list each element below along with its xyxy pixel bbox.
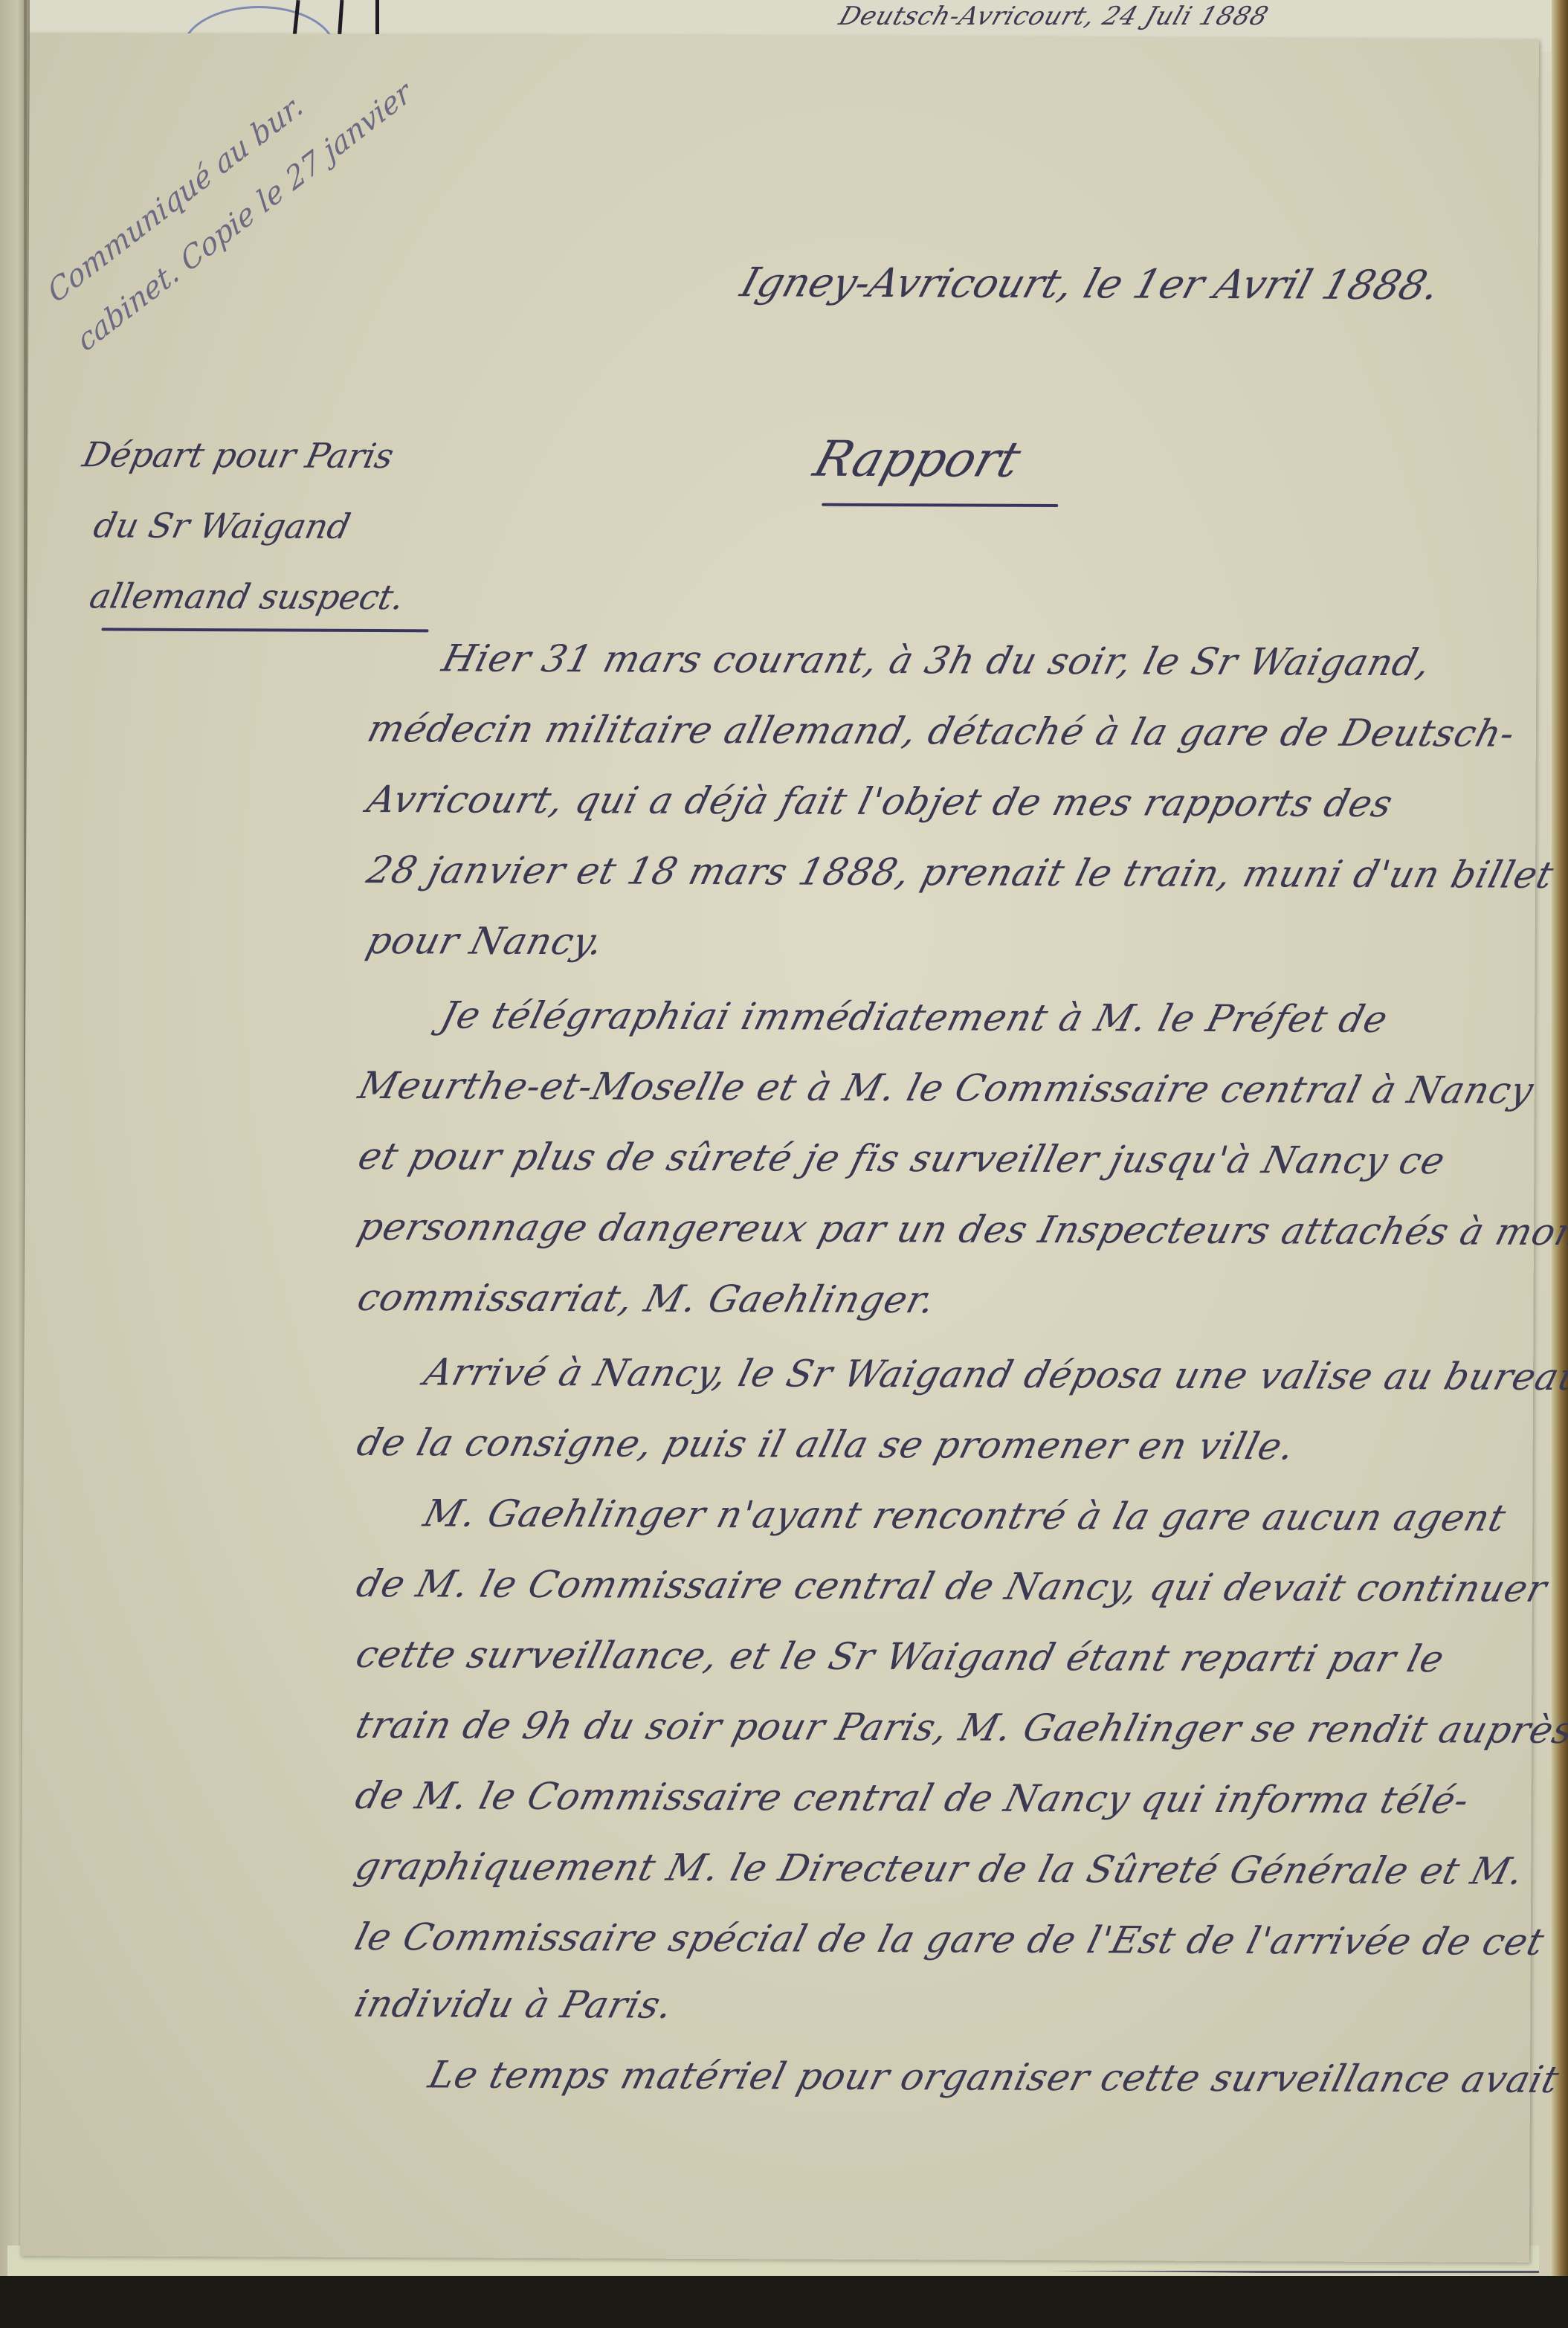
- body-line: cette surveillance, et le Sr Waigand éta…: [352, 1633, 1449, 1680]
- body-line: Je télégraphiai immédiatement à M. le Pr…: [436, 993, 1393, 1040]
- report-page: Communiqué au bur. cabinet. Copie le 27 …: [20, 33, 1539, 2263]
- body-line: train de 9h du soir pour Paris, M. Gaehl…: [352, 1703, 1568, 1752]
- body-line: graphiquement M. le Directeur de la Sûre…: [351, 1845, 1529, 1893]
- body-line: M. Gaehlinger n'ayant rencontré à la gar…: [419, 1492, 1511, 1539]
- body-line: Le temps matériel pour organiser cette s…: [425, 2053, 1564, 2101]
- underlying-header-text: Deutsch-Avricourt, 24 Juli 1888: [836, 1, 1273, 31]
- body-line: et pour plus de sûreté je fis surveiller…: [354, 1135, 1450, 1182]
- body-line: individu à Paris.: [350, 1982, 678, 2027]
- body-line: Hier 31 mars courant, à 3h du soir, le S…: [438, 636, 1436, 684]
- margin-summary-underline: [101, 628, 428, 632]
- body-line: de la consigne, puis il alla se promener…: [352, 1421, 1300, 1468]
- body-line: personnage dangereux par un des Inspecte…: [354, 1205, 1568, 1254]
- body-line: de M. le Commissaire central de Nancy, q…: [352, 1562, 1552, 1610]
- body-line: commissariat, M. Gaehlinger.: [353, 1276, 940, 1321]
- margin-summary-line2: du Sr Waigand: [90, 505, 354, 546]
- margin-summary-line1: Départ pour Paris: [80, 434, 398, 476]
- body-line: le Commissaire spécial de la gare de l'E…: [350, 1915, 1549, 1964]
- title-underline: [822, 503, 1058, 507]
- body-line: 28 janvier et 18 mars 1888, prenait le t…: [363, 848, 1558, 897]
- right-page-edge: [1552, 0, 1568, 2328]
- background-floor: [0, 2276, 1568, 2328]
- report-title: Rapport: [807, 431, 1027, 489]
- document-photo: Deutsch-Avricourt, 24 Juli 1888 Communiq…: [0, 0, 1568, 2328]
- body-line: Meurthe-et-Moselle et à M. le Commissair…: [354, 1064, 1538, 1112]
- body-line: médecin militaire allemand, détaché à la…: [364, 707, 1520, 755]
- body-line: Avricourt, qui a déjà fait l'objet de me…: [363, 778, 1398, 825]
- margin-summary-line3: allemand suspect.: [86, 575, 408, 617]
- place-date: Igney-Avricourt, le 1er Avril 1888.: [735, 259, 1445, 309]
- body-line: pour Nancy.: [362, 919, 608, 963]
- body-line: Arrivé à Nancy, le Sr Waigand déposa une…: [420, 1350, 1568, 1399]
- body-line: de M. le Commissaire central de Nancy qu…: [351, 1774, 1474, 1822]
